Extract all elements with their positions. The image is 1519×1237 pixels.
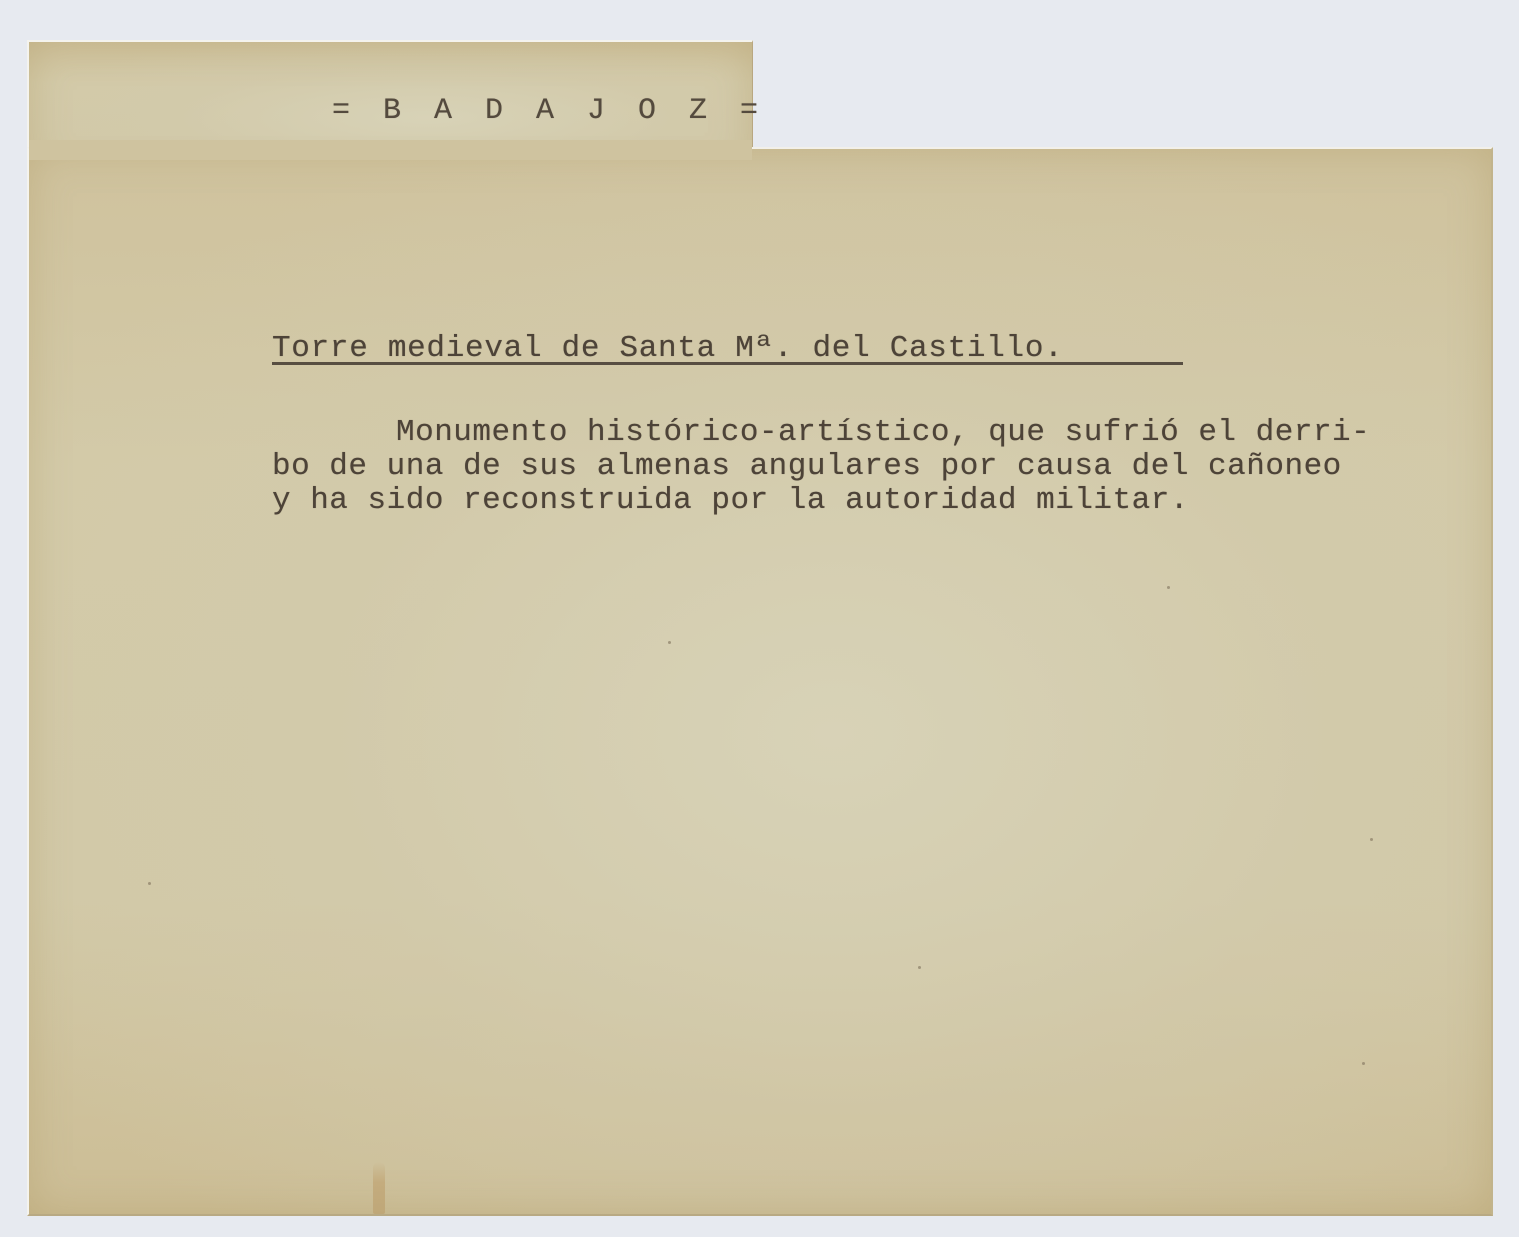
card-tab-join: [29, 140, 752, 160]
paper-tear-mark: [373, 1162, 385, 1214]
paper-speck: [148, 882, 151, 885]
document-title: Torre medieval de Santa Mª. del Castillo…: [272, 331, 1063, 366]
card-body: [27, 147, 1493, 1216]
paper-speck: [1362, 1062, 1365, 1065]
paper-speck: [668, 641, 671, 644]
paper-speck: [918, 966, 921, 969]
index-card: = B A D A J O Z = Torre medieval de Sant…: [0, 0, 1519, 1237]
body-line-3: y ha sido reconstruida por la autoridad …: [272, 484, 1189, 518]
body-line-2: bo de una de sus almenas angulares por c…: [272, 450, 1342, 484]
title-underline: [272, 362, 1183, 365]
paper-speck: [1370, 838, 1373, 841]
paper-speck: [1167, 586, 1170, 589]
city-heading: = B A D A J O Z =: [332, 94, 766, 128]
body-line-1: Monumento histórico-artístico, que sufri…: [396, 416, 1370, 450]
